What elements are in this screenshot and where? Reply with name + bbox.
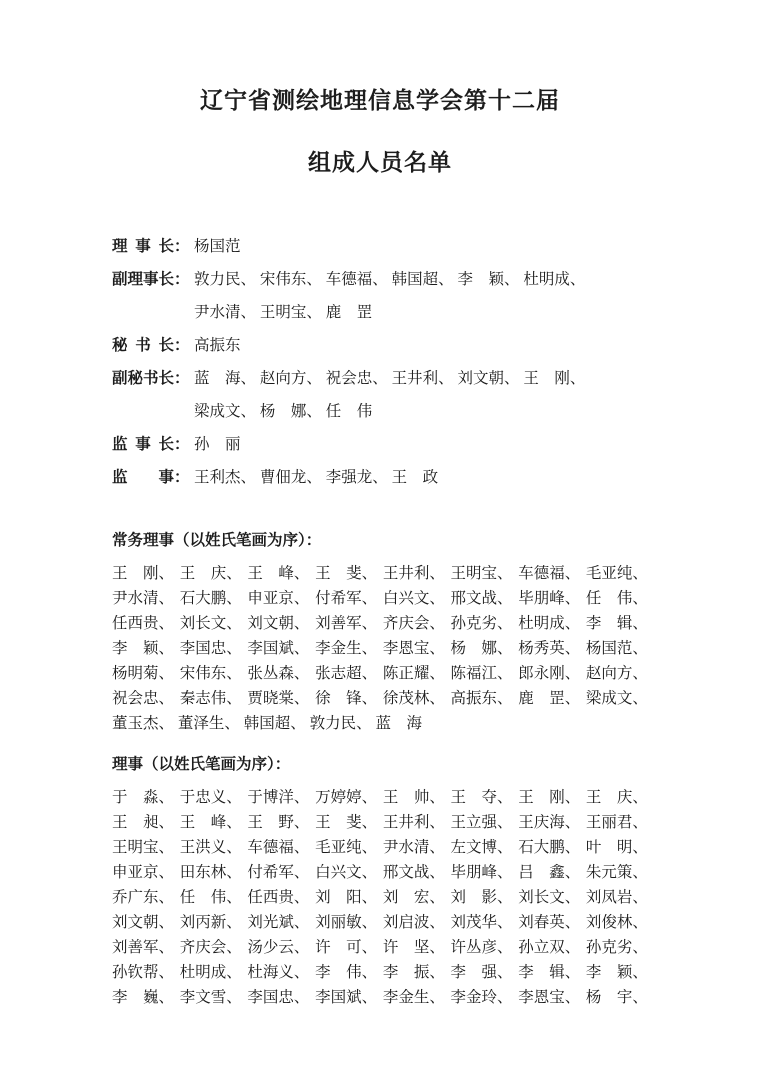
officer-label: 监 事： <box>112 461 194 494</box>
text-line: 刘文朝、刘丙新、刘光斌、刘丽敏、刘启波、刘茂华、刘春英、刘俊林、 <box>112 910 648 935</box>
person-name: 祝会忠、 <box>112 686 174 711</box>
person-name: 王洪义、 <box>180 835 242 860</box>
person-name: 刘 宏、 <box>383 885 445 910</box>
executive-directors-list: 王 刚、王 庆、王 峰、王 斐、王井利、王明宝、车德福、毛亚纯、尹水清、石大鹏、… <box>112 561 648 736</box>
text-line: 王利杰、 曹佃龙、 李强龙、 王 政 <box>194 461 648 494</box>
person-name: 尹水清、 <box>383 835 445 860</box>
person-name: 刘 影、 <box>451 885 513 910</box>
officers-block: 理 事 长： 杨国范 副理事长： 敦力民、 宋伟东、 车德福、 韩国超、 李 颖… <box>112 230 648 494</box>
officer-label: 副秘书长： <box>112 362 194 395</box>
officer-row-deputy-secretaries: 副秘书长： 蓝 海、 赵向方、 祝会忠、 王井利、 刘文朝、 王 刚、梁成文、 … <box>112 362 648 428</box>
person-name: 刘长文、 <box>180 611 242 636</box>
person-name: 白兴文、 <box>315 860 377 885</box>
person-name: 赵向方、 <box>586 661 648 686</box>
person-name: 李 颖、 <box>586 960 648 985</box>
text-line: 任西贵、刘长文、刘文朝、刘善军、齐庆会、孙克劣、杜明成、李 辑、 <box>112 611 648 636</box>
person-name: 许 坚、 <box>383 935 445 960</box>
document-page: 辽宁省测绘地理信息学会第十二届 组成人员名单 理 事 长： 杨国范 副理事长： … <box>0 0 760 1074</box>
person-name: 李国忠、 <box>247 985 309 1010</box>
text-line: 于 淼、于忠义、于博洋、万婷婷、王 帅、王 夺、王 刚、王 庆、 <box>112 785 648 810</box>
officer-row-vice-chairmen: 副理事长： 敦力民、 宋伟东、 车德福、 韩国超、 李 颖、 杜明成、尹水清、 … <box>112 263 648 329</box>
person-name: 李国斌、 <box>315 985 377 1010</box>
person-name: 刘文朝、 <box>112 910 174 935</box>
text-line: 李 颖、李国忠、李国斌、李金生、李恩宝、杨 娜、杨秀英、杨国范、 <box>112 636 648 661</box>
officer-row-chief-supervisor: 监 事 长： 孙 丽 <box>112 428 648 461</box>
person-name: 田东林、 <box>180 860 242 885</box>
person-name: 孙克劣、 <box>586 935 648 960</box>
section-heading: 理事（以姓氏笔画为序）： <box>112 752 648 777</box>
person-name: 任 伟、 <box>586 586 648 611</box>
person-name: 王 帅、 <box>383 785 445 810</box>
person-name: 郎永刚、 <box>518 661 580 686</box>
person-name: 刘凤岩、 <box>586 885 648 910</box>
person-name: 申亚京、 <box>112 860 174 885</box>
person-name: 王 昶、 <box>112 810 174 835</box>
person-name: 杜明成、 <box>518 611 580 636</box>
person-name: 李 辑、 <box>518 960 580 985</box>
text-line: 蓝 海、 赵向方、 祝会忠、 王井利、 刘文朝、 王 刚、 <box>194 362 648 395</box>
person-name: 王丽君、 <box>586 810 648 835</box>
text-line: 乔广东、任 伟、任西贵、刘 阳、刘 宏、刘 影、刘长文、刘凤岩、 <box>112 885 648 910</box>
person-name: 左文博、 <box>451 835 513 860</box>
person-name: 刘茂华、 <box>451 910 513 935</box>
officer-names: 孙 丽 <box>194 428 648 461</box>
person-name: 李 颖、 <box>112 636 174 661</box>
person-name: 宋伟东、 <box>180 661 242 686</box>
person-name: 王 峰、 <box>247 561 309 586</box>
person-name: 申亚京、 <box>247 586 309 611</box>
person-name: 任西贵、 <box>112 611 174 636</box>
person-name: 汤少云、 <box>247 935 309 960</box>
text-line: 梁成文、 杨 娜、 任 伟 <box>194 395 648 428</box>
person-name: 孙克劣、 <box>451 611 513 636</box>
person-name: 李文雪、 <box>180 985 242 1010</box>
officer-names: 杨国范 <box>194 230 648 263</box>
person-name: 于博洋、 <box>247 785 309 810</box>
person-name: 杨 娜、 <box>451 636 513 661</box>
person-name: 付希军、 <box>315 586 377 611</box>
person-name: 王明宝、 <box>451 561 513 586</box>
person-name: 齐庆会、 <box>383 611 445 636</box>
person-name: 邢文战、 <box>383 860 445 885</box>
text-line: 李 巍、李文雪、李国忠、李国斌、李金生、李金玲、李恩宝、杨 宇、 <box>112 985 648 1010</box>
person-name: 高振东、 <box>451 686 513 711</box>
person-name: 许 可、 <box>315 935 377 960</box>
person-name: 陈正耀、 <box>383 661 445 686</box>
person-name: 杜海义、 <box>247 960 309 985</box>
person-name: 王庆海、 <box>518 810 580 835</box>
person-name: 于 淼、 <box>112 785 174 810</box>
person-name: 刘启波、 <box>383 910 445 935</box>
person-name: 王 斐、 <box>315 810 377 835</box>
person-name: 付希军、 <box>247 860 309 885</box>
text-line: 申亚京、田东林、付希军、白兴文、邢文战、毕朋峰、吕 鑫、朱元策、 <box>112 860 648 885</box>
person-name: 王 刚、 <box>112 561 174 586</box>
person-name: 刘春英、 <box>518 910 580 935</box>
person-name: 车德福、 <box>247 835 309 860</box>
person-name: 车德福、 <box>518 561 580 586</box>
person-name: 王 斐、 <box>315 561 377 586</box>
person-name: 李恩宝、 <box>383 636 445 661</box>
section-directors: 理事（以姓氏笔画为序）： 于 淼、于忠义、于博洋、万婷婷、王 帅、王 夺、王 刚… <box>112 752 648 1010</box>
person-name: 王井利、 <box>383 561 445 586</box>
person-name: 邢文战、 <box>451 586 513 611</box>
text-line: 王 昶、王 峰、王 野、王 斐、王井利、王立强、王庆海、王丽君、 <box>112 810 648 835</box>
person-name: 孙立双、 <box>518 935 580 960</box>
person-name: 李金生、 <box>383 985 445 1010</box>
person-name: 王 夺、 <box>451 785 513 810</box>
person-name: 石大鹏、 <box>518 835 580 860</box>
person-name: 石大鹏、 <box>180 586 242 611</box>
person-name: 刘丽敏、 <box>315 910 377 935</box>
officer-label: 理 事 长： <box>112 230 194 263</box>
officer-names: 敦力民、 宋伟东、 车德福、 韩国超、 李 颖、 杜明成、尹水清、 王明宝、 鹿… <box>194 263 648 329</box>
person-name: 张丛森、 <box>247 661 309 686</box>
officer-label: 副理事长： <box>112 263 194 296</box>
person-name: 万婷婷、 <box>315 785 377 810</box>
officer-row-secretary-general: 秘 书 长： 高振东 <box>112 329 648 362</box>
person-name: 李 巍、 <box>112 985 174 1010</box>
text-line: 敦力民、 宋伟东、 车德福、 韩国超、 李 颖、 杜明成、 <box>194 263 648 296</box>
person-name: 杨 宇、 <box>586 985 648 1010</box>
section-heading: 常务理事（以姓氏笔画为序）： <box>112 528 648 553</box>
person-name: 叶 明、 <box>586 835 648 860</box>
text-line: 董玉杰、 董泽生、 韩国超、 敦力民、 蓝 海 <box>112 711 648 736</box>
person-name: 白兴文、 <box>383 586 445 611</box>
text-line: 尹水清、 王明宝、 鹿 罡 <box>194 296 648 329</box>
person-name: 王立强、 <box>451 810 513 835</box>
person-name: 乔广东、 <box>112 885 174 910</box>
text-line: 王明宝、王洪义、车德福、毛亚纯、尹水清、左文博、石大鹏、叶 明、 <box>112 835 648 860</box>
person-name: 王井利、 <box>383 810 445 835</box>
person-name: 任西贵、 <box>247 885 309 910</box>
person-name: 李金玲、 <box>451 985 513 1010</box>
person-name: 李 辑、 <box>586 611 648 636</box>
person-name: 毕朋峰、 <box>518 586 580 611</box>
text-line: 王 刚、王 庆、王 峰、王 斐、王井利、王明宝、车德福、毛亚纯、 <box>112 561 648 586</box>
person-name: 李国忠、 <box>180 636 242 661</box>
person-name: 毛亚纯、 <box>586 561 648 586</box>
person-name: 孙钦帮、 <box>112 960 174 985</box>
text-line: 高振东 <box>194 329 648 362</box>
person-name: 陈福江、 <box>451 661 513 686</box>
text-line: 刘善军、齐庆会、汤少云、许 可、许 坚、许丛彦、孙立双、孙克劣、 <box>112 935 648 960</box>
person-name: 李恩宝、 <box>518 985 580 1010</box>
person-name: 徐 锋、 <box>315 686 377 711</box>
person-name: 王 庆、 <box>586 785 648 810</box>
person-name: 于忠义、 <box>180 785 242 810</box>
officer-label: 秘 书 长： <box>112 329 194 362</box>
person-name: 鹿 罡、 <box>518 686 580 711</box>
officer-names: 蓝 海、 赵向方、 祝会忠、 王井利、 刘文朝、 王 刚、梁成文、 杨 娜、 任… <box>194 362 648 428</box>
person-name: 许丛彦、 <box>451 935 513 960</box>
person-name: 王明宝、 <box>112 835 174 860</box>
person-name: 梁成文、 <box>586 686 648 711</box>
text-line: 杨国范 <box>194 230 648 263</box>
text-line: 尹水清、石大鹏、申亚京、付希军、白兴文、邢文战、毕朋峰、任 伟、 <box>112 586 648 611</box>
page-title: 辽宁省测绘地理信息学会第十二届 <box>112 86 648 116</box>
person-name: 毛亚纯、 <box>315 835 377 860</box>
person-name: 王 庆、 <box>180 561 242 586</box>
person-name: 王 刚、 <box>518 785 580 810</box>
person-name: 刘光斌、 <box>247 910 309 935</box>
text-line: 孙钦帮、杜明成、杜海义、李 伟、李 振、李 强、李 辑、李 颖、 <box>112 960 648 985</box>
person-name: 刘善军、 <box>315 611 377 636</box>
person-name: 刘长文、 <box>518 885 580 910</box>
person-name: 刘 阳、 <box>315 885 377 910</box>
text-line: 孙 丽 <box>194 428 648 461</box>
person-name: 王 峰、 <box>180 810 242 835</box>
officer-label: 监 事 长： <box>112 428 194 461</box>
directors-list: 于 淼、于忠义、于博洋、万婷婷、王 帅、王 夺、王 刚、王 庆、王 昶、王 峰、… <box>112 785 648 1010</box>
person-name: 王 野、 <box>247 810 309 835</box>
person-name: 刘丙新、 <box>180 910 242 935</box>
officer-names: 高振东 <box>194 329 648 362</box>
person-name: 杨秀英、 <box>518 636 580 661</box>
person-name: 杨国范、 <box>586 636 648 661</box>
section-executive-directors: 常务理事（以姓氏笔画为序）： 王 刚、王 庆、王 峰、王 斐、王井利、王明宝、车… <box>112 528 648 736</box>
person-name: 吕 鑫、 <box>518 860 580 885</box>
person-name: 张志超、 <box>315 661 377 686</box>
person-name: 秦志伟、 <box>180 686 242 711</box>
page-subtitle: 组成人员名单 <box>112 148 648 178</box>
officer-names: 王利杰、 曹佃龙、 李强龙、 王 政 <box>194 461 648 494</box>
officer-row-chairman: 理 事 长： 杨国范 <box>112 230 648 263</box>
person-name: 杨明菊、 <box>112 661 174 686</box>
person-name: 李金生、 <box>315 636 377 661</box>
person-name: 李 强、 <box>451 960 513 985</box>
person-name: 尹水清、 <box>112 586 174 611</box>
person-name: 齐庆会、 <box>180 935 242 960</box>
person-name: 徐茂林、 <box>383 686 445 711</box>
text-line: 祝会忠、秦志伟、贾晓棠、徐 锋、徐茂林、高振东、鹿 罡、梁成文、 <box>112 686 648 711</box>
person-name: 刘文朝、 <box>247 611 309 636</box>
person-name: 刘俊林、 <box>586 910 648 935</box>
person-name: 朱元策、 <box>586 860 648 885</box>
officer-row-supervisors: 监 事： 王利杰、 曹佃龙、 李强龙、 王 政 <box>112 461 648 494</box>
person-name: 李国斌、 <box>247 636 309 661</box>
person-name: 刘善军、 <box>112 935 174 960</box>
text-line: 杨明菊、宋伟东、张丛森、张志超、陈正耀、陈福江、郎永刚、赵向方、 <box>112 661 648 686</box>
person-name: 贾晓棠、 <box>247 686 309 711</box>
person-name: 杜明成、 <box>180 960 242 985</box>
person-name: 李 振、 <box>383 960 445 985</box>
person-name: 李 伟、 <box>315 960 377 985</box>
person-name: 毕朋峰、 <box>451 860 513 885</box>
person-name: 任 伟、 <box>180 885 242 910</box>
